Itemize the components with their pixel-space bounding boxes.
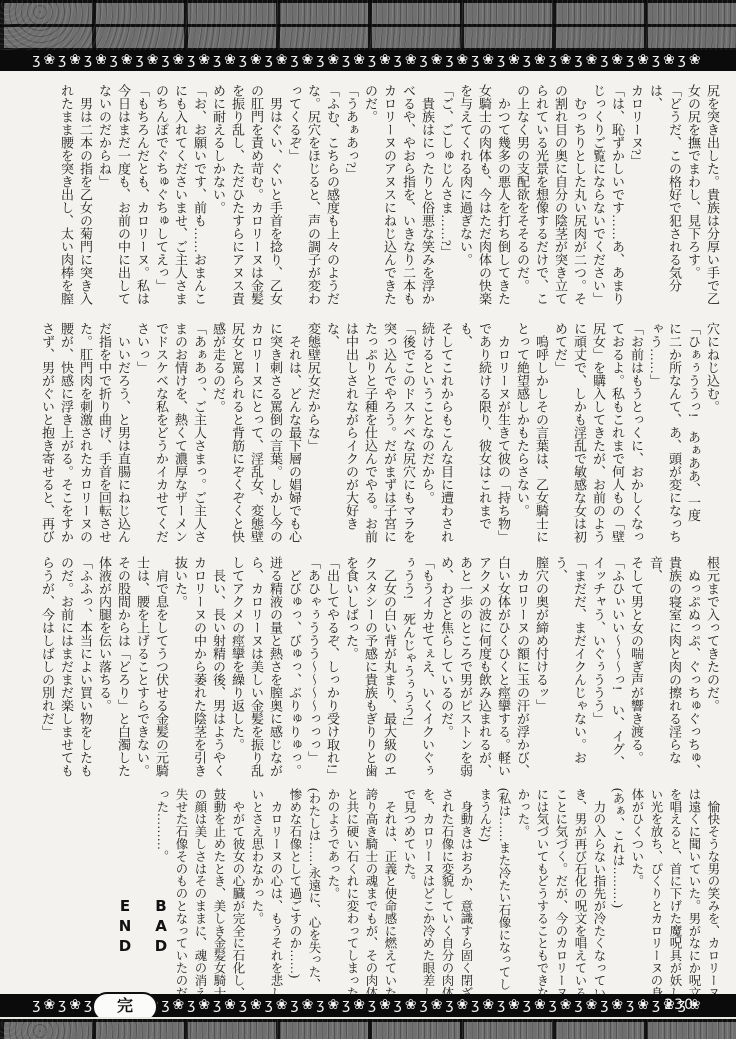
manga-novel-page: ʒ❀ʒ❀ʒ❀ʒ❀ʒ❀ʒ❀ʒ❀ʒ❀ʒ❀ʒ❀ʒ❀ʒ❀ʒ❀ʒ❀ʒ❀ʒ❀ʒ❀ʒ❀ʒ❀ʒ❀…	[0, 0, 736, 1039]
novel-text-band-4: 愉快そうな男の笑みを、カロリーヌ は遠くに聞いていた。男がなにか呪文 を唱えると…	[152, 788, 722, 999]
top-brick-border	[0, 0, 736, 52]
novel-text-band-1: 尻を突き出した。貴族は分厚い手で乙 女の尻を撫でまわし、見下ろす。 「どうだ、こ…	[57, 84, 722, 311]
novel-text-band-3: 根元まで入ってきたのだ。 ぬっぷぬっぷ、ぐっちゅぐっちゅ、 貴族の寝室に肉と肉の…	[38, 556, 722, 783]
novel-text-band-2: 穴にねじ込む。 「ひぁぅううっ! あぁああ、一度 に二か所なんて、あ、頭が変にな…	[38, 322, 722, 549]
bottom-brick-border	[0, 1017, 736, 1039]
bad-end-label: BAD END	[116, 897, 170, 992]
top-floral-ornament-band: ʒ❀ʒ❀ʒ❀ʒ❀ʒ❀ʒ❀ʒ❀ʒ❀ʒ❀ʒ❀ʒ❀ʒ❀ʒ❀ʒ❀ʒ❀ʒ❀ʒ❀ʒ❀ʒ❀ʒ❀…	[0, 50, 736, 71]
page-number: 230	[664, 997, 694, 1013]
